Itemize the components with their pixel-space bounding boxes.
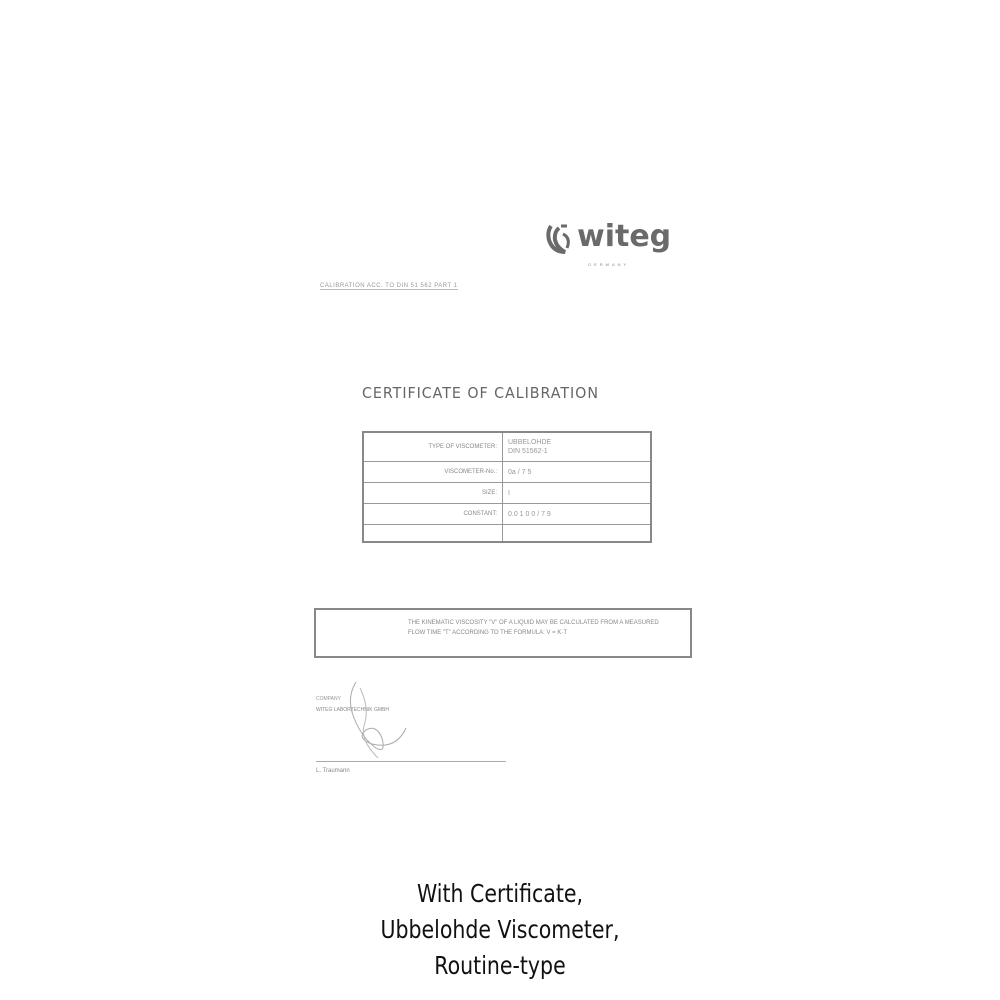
row-value: UBBELOHDE DIN 51562-1 bbox=[503, 432, 652, 462]
flask-icon bbox=[545, 222, 575, 256]
row-value bbox=[503, 525, 652, 543]
row-label: SIZE: bbox=[363, 483, 503, 504]
reference-line: CALIBRATION ACC. TO DIN 51 562 PART 1 bbox=[320, 283, 458, 290]
certificate-table: TYPE OF VISCOMETER: UBBELOHDE DIN 51562-… bbox=[362, 431, 652, 543]
table-row: CONSTANT: 0.0 1 0 0 / 7 9 bbox=[363, 504, 651, 525]
caption-line: Routine-type bbox=[90, 948, 910, 984]
signature-line bbox=[316, 761, 506, 762]
table-row: VISCOMETER-No.: 0a / 7 5 bbox=[363, 462, 651, 483]
table-row bbox=[363, 525, 651, 543]
row-value: 0.0 1 0 0 / 7 9 bbox=[503, 504, 652, 525]
formula-notice-box: THE KINEMATIC VISCOSITY "V" OF A LIQUID … bbox=[314, 608, 692, 658]
signatory-name: L. Traumann bbox=[316, 768, 350, 774]
product-caption: With Certificate, Ubbelohde Viscometer, … bbox=[90, 876, 910, 984]
row-value: 0a / 7 5 bbox=[503, 462, 652, 483]
caption-line: With Certificate, bbox=[90, 876, 910, 912]
signature-company: WITEG LABORTECHNIK GMBH bbox=[316, 707, 389, 713]
signature-block: COMPANY WITEG LABORTECHNIK GMBH L. Traum… bbox=[316, 690, 516, 785]
witeg-logo: witeg bbox=[545, 222, 671, 256]
brand-name: witeg bbox=[577, 222, 671, 252]
table-row: SIZE: I bbox=[363, 483, 651, 504]
row-label: CONSTANT: bbox=[363, 504, 503, 525]
signature-scribble-icon bbox=[326, 678, 426, 768]
signature-company-label: COMPANY bbox=[316, 696, 341, 702]
certificate-title: CERTIFICATE OF CALIBRATION bbox=[362, 384, 599, 402]
brand-subtitle: GERMANY bbox=[588, 262, 629, 267]
formula-notice-text: THE KINEMATIC VISCOSITY "V" OF A LIQUID … bbox=[408, 618, 668, 638]
row-label: VISCOMETER-No.: bbox=[363, 462, 503, 483]
row-label bbox=[363, 525, 503, 543]
caption-line: Ubbelohde Viscometer, bbox=[90, 912, 910, 948]
row-label: TYPE OF VISCOMETER: bbox=[363, 432, 503, 462]
table-row: TYPE OF VISCOMETER: UBBELOHDE DIN 51562-… bbox=[363, 432, 651, 462]
row-value: I bbox=[503, 483, 652, 504]
